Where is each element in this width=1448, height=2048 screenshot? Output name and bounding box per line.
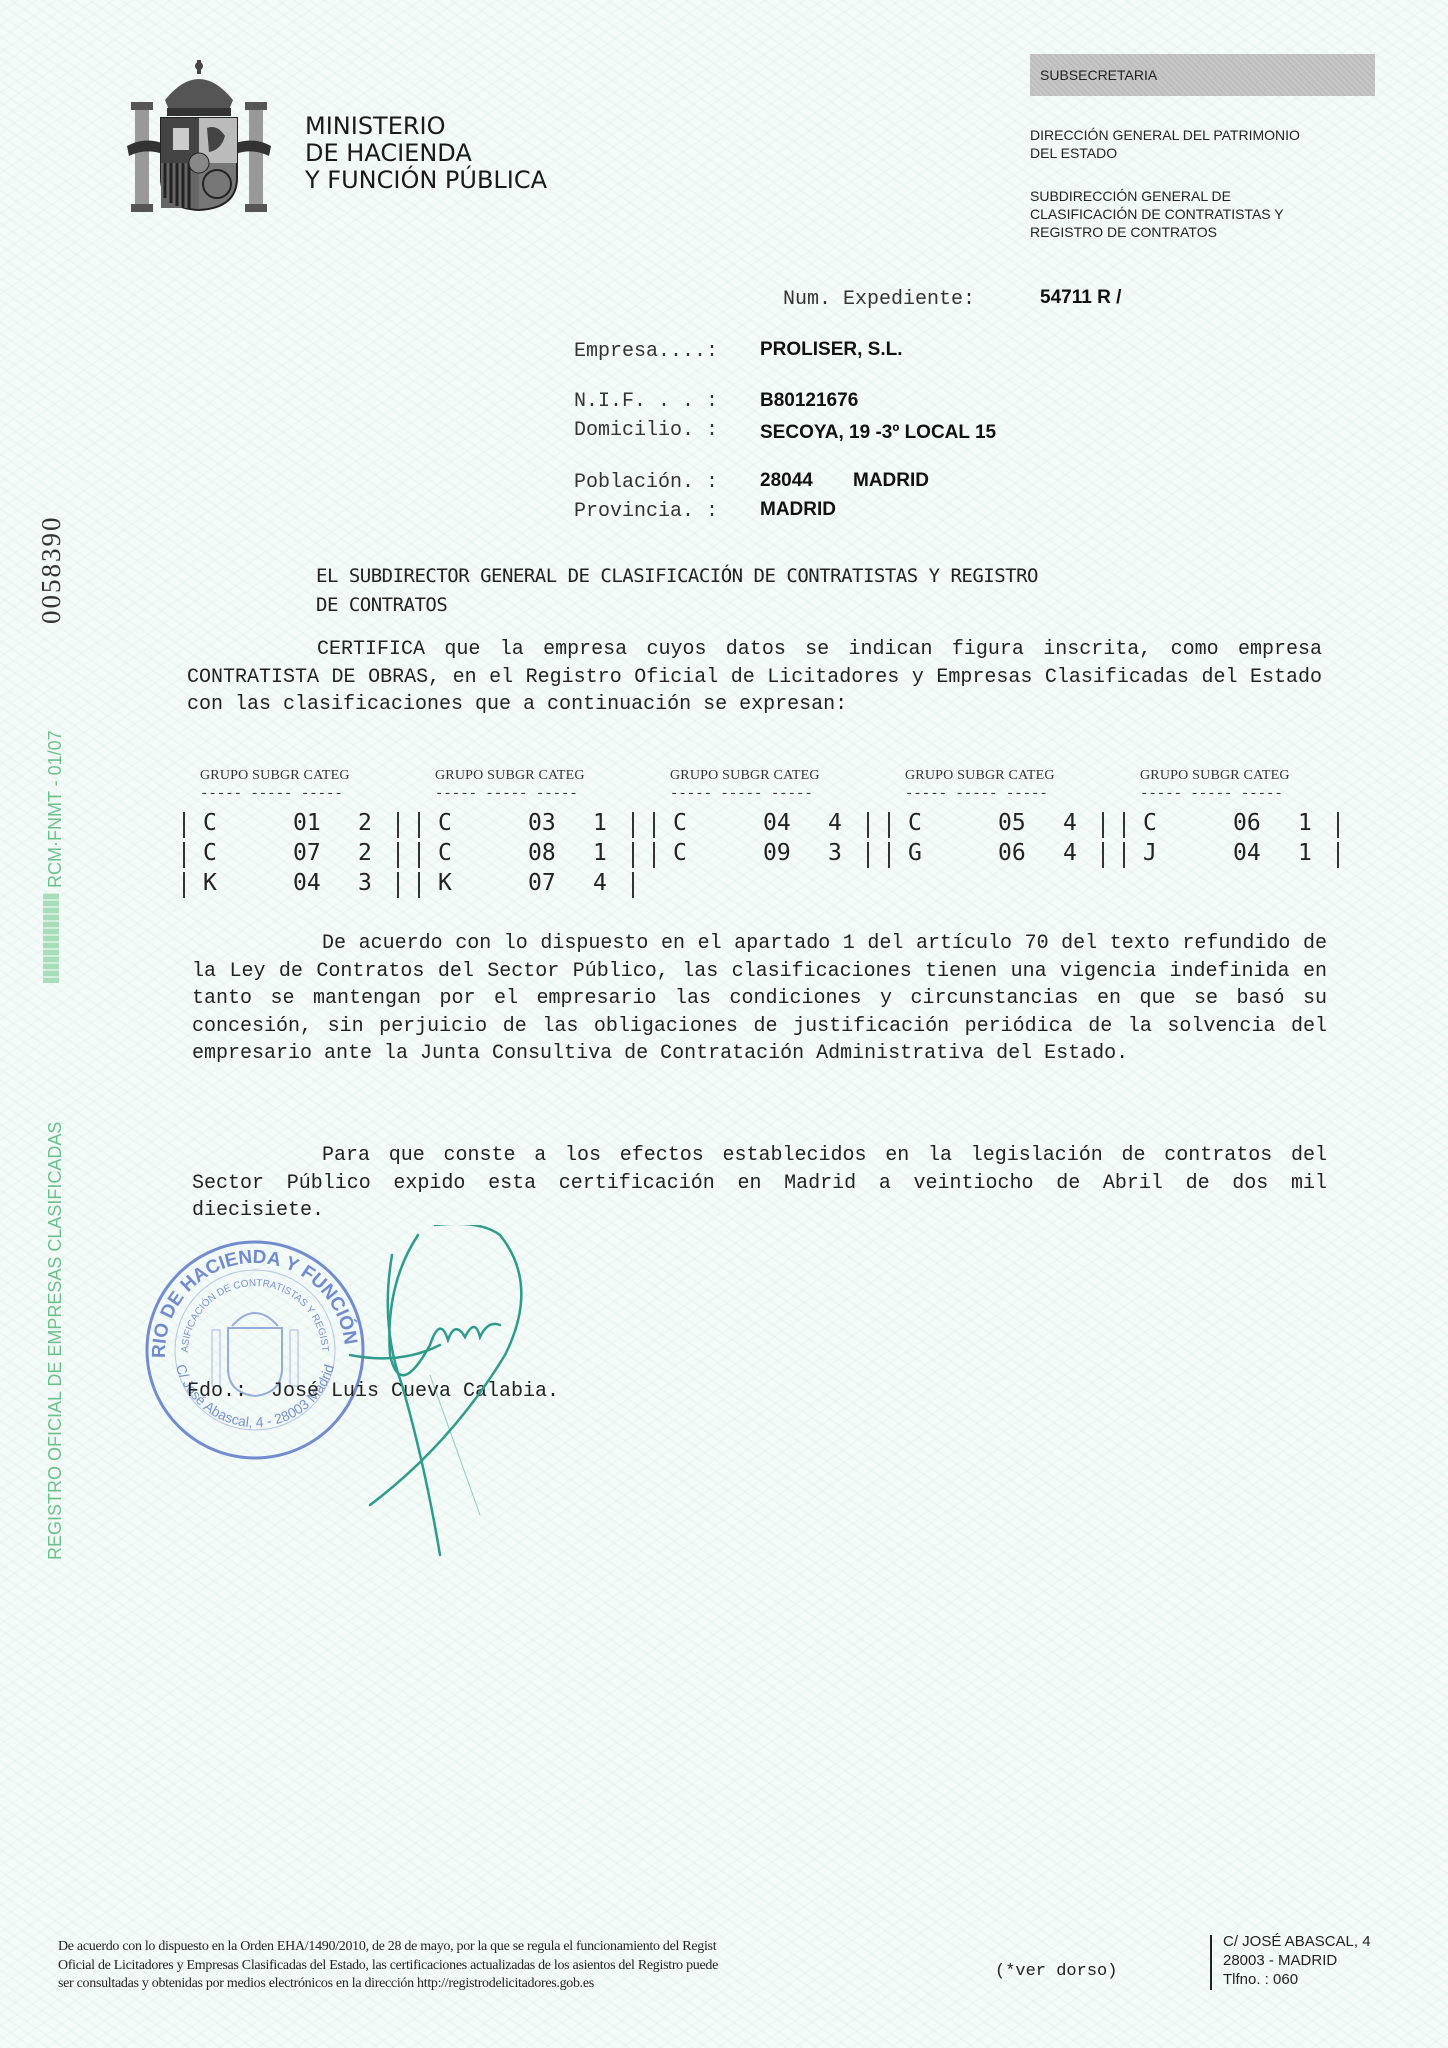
conste-text: Para que conste a los efectos establecid… [192,1144,1327,1222]
certificate-heading: EL SUBDIRECTOR GENERAL DE CLASIFICACIÓN … [316,562,1326,620]
classification-header: GRUPO SUBGR CATEG [1140,768,1340,784]
poblacion-label: Población. : [574,471,718,494]
ministry-line: DE HACIENDA [305,140,547,167]
classification-group: GRUPO SUBGR CATEG----- ----- -----C031C0… [435,768,635,900]
subgr-value: 06 [1233,810,1261,836]
categ-value: 4 [1063,840,1077,866]
categ-value: 1 [1298,810,1312,836]
empresa-value: PROLISER, S.L. [760,339,903,361]
classification-row: C012 [183,810,400,840]
classification-dashes: ----- ----- ----- [670,786,870,802]
subgr-value: 04 [1233,840,1261,866]
direccion-line: DIRECCIÓN GENERAL DEL PATRIMONIO [1030,126,1380,144]
footer-address: C/ JOSÉ ABASCAL, 4 28003 - MADRID Tlfno.… [1223,1932,1371,1989]
domicilio-value: SECOYA, 19 -3º LOCAL 15 [760,422,996,444]
subgr-value: 07 [293,840,321,866]
serial-number: 0058390 [36,516,67,625]
categ-value: 3 [358,870,372,896]
left-bar [183,872,185,898]
classification-header: GRUPO SUBGR CATEG [670,768,870,784]
classification-group: GRUPO SUBGR CATEG----- ----- -----C054G0… [905,768,1105,870]
ver-dorso-note: (*ver dorso) [995,1962,1117,1981]
right-bar [1337,842,1339,868]
classification-row: C093 [653,840,870,870]
grupo-value: C [438,810,452,836]
classification-row: C072 [183,840,400,870]
right-bar [397,842,399,868]
ministry-line: MINISTERIO [305,113,547,140]
right-bar [1337,812,1339,838]
classification-group: GRUPO SUBGR CATEG----- ----- -----C061J0… [1140,768,1340,870]
left-bar [183,812,185,838]
subdireccion-line: REGISTRO DE CONTRATOS [1030,223,1380,241]
left-bar [418,842,420,868]
classification-group: GRUPO SUBGR CATEG----- ----- -----C044C0… [670,768,870,870]
ministry-line: Y FUNCIÓN PÚBLICA [305,167,547,194]
nif-label: N.I.F. . . : [574,390,718,413]
classification-dashes: ----- ----- ----- [905,786,1105,802]
subgr-value: 08 [528,840,556,866]
poblacion-cp: 28044 [760,470,813,492]
categ-value: 2 [358,810,372,836]
heading-line: EL SUBDIRECTOR GENERAL DE CLASIFICACIÓN … [316,562,1326,591]
subdireccion-line: SUBDIRECCIÓN GENERAL DE [1030,187,1380,205]
security-strip [43,893,59,983]
categ-value: 2 [358,840,372,866]
vigencia-paragraph: De acuerdo con lo dispuesto en el aparta… [192,930,1327,1068]
coat-of-arms-icon [125,58,273,218]
left-bar [183,842,185,868]
left-bar [418,812,420,838]
grupo-value: C [673,810,687,836]
expediente-value: 54711 R / [1040,287,1121,309]
subgr-value: 03 [528,810,556,836]
address-line: Tlfno. : 060 [1223,1970,1371,1989]
right-bar [1102,812,1104,838]
grupo-value: C [438,840,452,866]
classification-row: C054 [888,810,1105,840]
subgr-value: 09 [763,840,791,866]
vigencia-text: De acuerdo con lo dispuesto en el aparta… [192,932,1327,1065]
subdireccion-general: SUBDIRECCIÓN GENERAL DE CLASIFICACIÓN DE… [1030,187,1380,241]
right-bar [867,842,869,868]
classification-header: GRUPO SUBGR CATEG [200,768,400,784]
categ-value: 4 [1063,810,1077,836]
grupo-value: C [203,810,217,836]
left-bar [1123,842,1125,868]
classification-row: K043 [183,870,400,900]
provincia-value: MADRID [760,499,836,521]
nif-value: B80121676 [760,390,858,412]
classification-dashes: ----- ----- ----- [1140,786,1340,802]
subsecretaria-banner: SUBSECRETARIA [1030,54,1375,96]
expediente-label: Num. Expediente: [783,288,975,311]
certifica-paragraph: CERTIFICA que la empresa cuyos datos se … [187,636,1322,719]
direccion-line: DEL ESTADO [1030,144,1380,162]
certifica-text: CERTIFICA que la empresa cuyos datos se … [187,638,1322,716]
categ-value: 4 [593,870,607,896]
footer-divider [1210,1935,1212,1990]
footer-note-line: De acuerdo con lo dispuesto en la Orden … [58,1938,963,1957]
footer-note-line: Oficial de Licitadores y Empresas Clasif… [58,1957,963,1976]
right-bar [632,812,634,838]
left-bar [418,872,420,898]
handwritten-signature-icon [330,1225,590,1570]
classification-row: G064 [888,840,1105,870]
grupo-value: G [908,840,922,866]
right-bar [632,842,634,868]
footer-note-line: ser consultadas y obtenidas por medios e… [58,1975,963,1994]
classification-group: GRUPO SUBGR CATEG----- ----- -----C012C0… [200,768,400,900]
poblacion-city: MADRID [853,470,929,492]
classification-row: C031 [418,810,635,840]
subsecretaria-label: SUBSECRETARIA [1040,67,1157,83]
left-bar [1123,812,1125,838]
subgr-value: 06 [998,840,1026,866]
subgr-value: 01 [293,810,321,836]
right-bar [867,812,869,838]
grupo-value: C [673,840,687,866]
address-line: C/ JOSÉ ABASCAL, 4 [1223,1932,1371,1951]
classification-dashes: ----- ----- ----- [435,786,635,802]
subgr-value: 04 [763,810,791,836]
grupo-value: K [203,870,217,896]
subgr-value: 07 [528,870,556,896]
categ-value: 1 [1298,840,1312,866]
categ-value: 4 [828,810,842,836]
grupo-value: C [908,810,922,836]
registry-side-label: REGISTRO OFICIAL DE EMPRESAS CLASIFICADA… [45,1122,66,1560]
classification-header: GRUPO SUBGR CATEG [905,768,1105,784]
heading-line: DE CONTRATOS [316,591,1326,620]
classification-row: K074 [418,870,635,900]
right-bar [632,872,634,898]
left-bar [653,812,655,838]
left-bar [888,812,890,838]
classification-row: C081 [418,840,635,870]
provincia-label: Provincia. : [574,500,718,523]
left-bar [653,842,655,868]
subdireccion-line: CLASIFICACIÓN DE CONTRATISTAS Y [1030,205,1380,223]
classification-row: J041 [1123,840,1340,870]
classification-header: GRUPO SUBGR CATEG [435,768,635,784]
classification-row: C044 [653,810,870,840]
right-bar [1102,842,1104,868]
empresa-label: Empresa....: [574,340,718,363]
ministry-name: MINISTERIO DE HACIENDA Y FUNCIÓN PÚBLICA [305,113,547,194]
subgr-value: 05 [998,810,1026,836]
categ-value: 1 [593,810,607,836]
footer-legal-note: De acuerdo con lo dispuesto en la Orden … [58,1938,963,1994]
grupo-value: K [438,870,452,896]
address-line: 28003 - MADRID [1223,1951,1371,1970]
direccion-general: DIRECCIÓN GENERAL DEL PATRIMONIO DEL EST… [1030,126,1380,162]
conste-paragraph: Para que conste a los efectos establecid… [192,1142,1327,1225]
right-bar [397,872,399,898]
categ-value: 3 [828,840,842,866]
rcm-fnmt-label: RCM·FNMT - 01/07 [45,730,66,888]
classification-row: C061 [1123,810,1340,840]
categ-value: 1 [593,840,607,866]
left-bar [888,842,890,868]
right-bar [397,812,399,838]
grupo-value: J [1143,840,1157,866]
grupo-value: C [1143,810,1157,836]
subgr-value: 04 [293,870,321,896]
classification-dashes: ----- ----- ----- [200,786,400,802]
grupo-value: C [203,840,217,866]
domicilio-label: Domicilio. : [574,419,718,442]
